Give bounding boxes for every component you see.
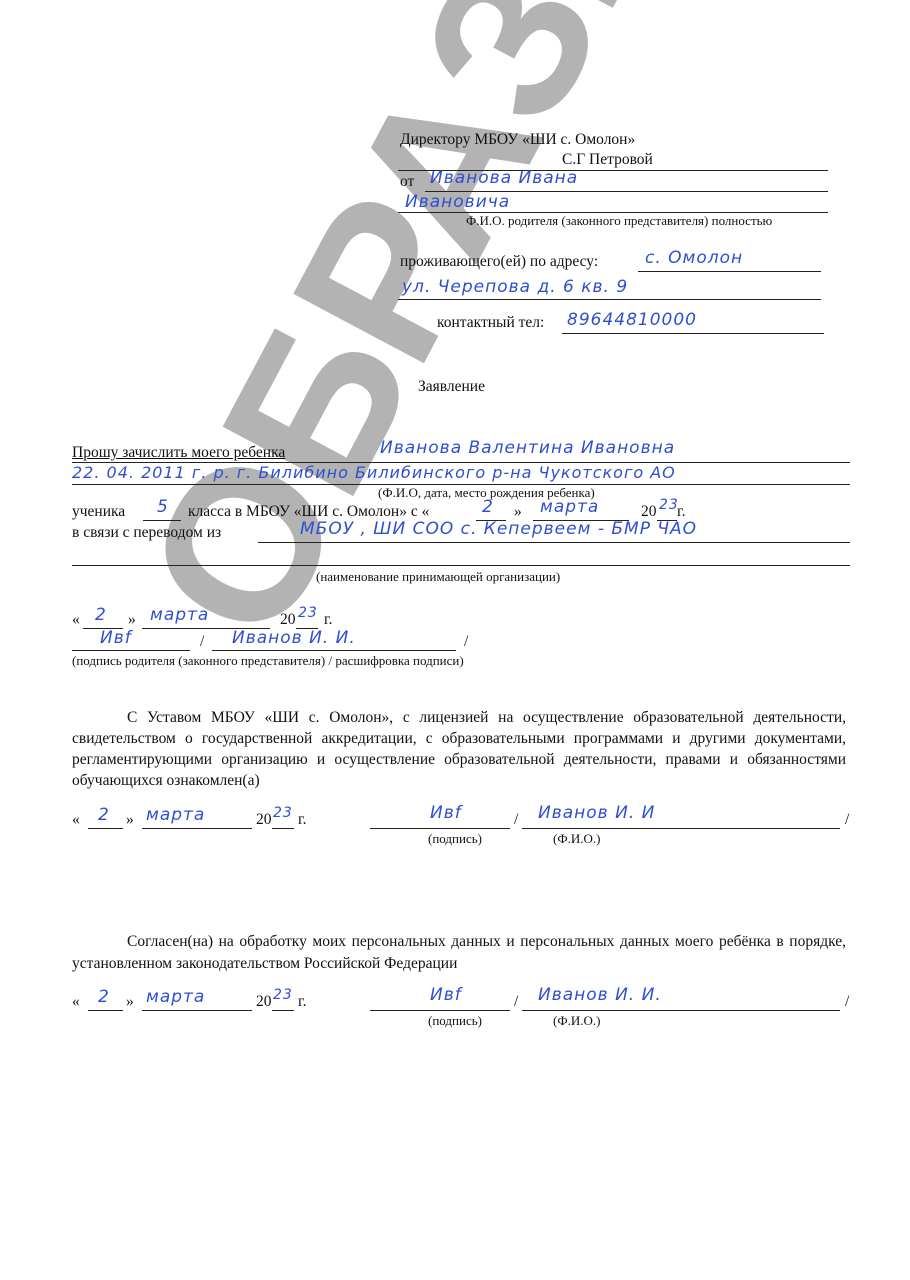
sign2-name[interactable]: Иванов И. И	[538, 803, 655, 823]
sign2-month[interactable]: марта	[146, 805, 205, 825]
from-value-line2[interactable]: Ивановича	[405, 192, 510, 212]
start-year[interactable]: 23	[659, 497, 679, 513]
grade-rule	[143, 520, 181, 521]
start-month[interactable]: марта	[540, 497, 599, 517]
transfer-rule-2	[72, 565, 850, 566]
sign2-name-caption: (Ф.И.О.)	[553, 831, 600, 846]
sign3-name[interactable]: Иванов И. И.	[538, 985, 662, 1005]
sign2-year[interactable]: 23	[273, 805, 293, 821]
sign1-end-slash: /	[464, 633, 468, 651]
sign3-year[interactable]: 23	[273, 987, 293, 1003]
phone-label: контактный тел:	[437, 314, 544, 332]
sign2-day-rule	[88, 828, 123, 829]
document-title: Заявление	[418, 378, 485, 396]
sign2-year-prefix: 20	[256, 811, 272, 829]
sign1-month[interactable]: марта	[150, 605, 209, 625]
transfer-value[interactable]: МБОУ , ШИ СОО с. Кепервеем - БМР ЧАО	[300, 519, 697, 539]
sign2-signature[interactable]: Ивf	[430, 803, 462, 823]
sign3-year-prefix: 20	[256, 993, 272, 1011]
phone-value[interactable]: 89644810000	[567, 310, 697, 330]
addressee-line2: С.Г Петровой	[562, 151, 653, 169]
sign2-day[interactable]: 2	[98, 805, 110, 825]
sign3-name-caption: (Ф.И.О.)	[553, 1013, 600, 1028]
sign1-day[interactable]: 2	[95, 605, 107, 625]
sign2-year-suffix: г.	[298, 811, 306, 829]
acknowledgement-text: С Уставом МБОУ «ШИ с. Омолон», с лицензи…	[72, 707, 846, 791]
sign2-open-quote: «	[72, 811, 80, 829]
from-caption: Ф.И.О. родителя (законного представителя…	[466, 213, 772, 228]
sign3-open-quote: «	[72, 993, 80, 1011]
org-caption: (наименование принимающей организации)	[316, 569, 560, 584]
sign3-slash: /	[514, 993, 518, 1011]
sign1-name-rule	[212, 650, 456, 651]
sign3-month[interactable]: марта	[146, 987, 205, 1007]
sign3-end-slash: /	[845, 993, 849, 1011]
transfer-label: в связи с переводом из	[72, 524, 221, 542]
sign2-end-slash: /	[845, 811, 849, 829]
sign1-caption: (подпись родителя (законного представите…	[72, 653, 464, 668]
sign3-year-rule	[272, 1010, 294, 1011]
sign3-close-quote: »	[126, 993, 134, 1011]
sign1-name[interactable]: Иванов И. И.	[232, 628, 356, 648]
consent-text: Согласен(на) на обработку моих персональ…	[72, 931, 846, 975]
address-label: проживающего(ей) по адресу:	[400, 253, 598, 271]
grade-value[interactable]: 5	[157, 497, 169, 517]
transfer-rule-1	[258, 542, 850, 543]
sign1-slash: /	[200, 633, 204, 651]
request-label: Прошу зачислить моего ребенка	[72, 444, 285, 462]
sign3-signature-rule	[370, 1010, 510, 1011]
sign2-close-quote: »	[126, 811, 134, 829]
sign1-open-quote: «	[72, 611, 80, 629]
address-value-line1[interactable]: с. Омолон	[645, 248, 743, 268]
sign3-name-rule	[522, 1010, 840, 1011]
sign3-month-rule	[142, 1010, 252, 1011]
addressee-line1: Директору МБОУ «ШИ с. Омолон»	[400, 131, 635, 149]
start-day[interactable]: 2	[482, 497, 494, 517]
sign1-year[interactable]: 23	[298, 605, 318, 621]
sign2-slash: /	[514, 811, 518, 829]
sign1-signature[interactable]: Ивf	[100, 628, 132, 648]
sign3-day[interactable]: 2	[98, 987, 110, 1007]
address-rule-1	[638, 271, 821, 272]
from-label: от	[400, 173, 414, 191]
child-birth[interactable]: 22. 04. 2011 г. р. г. Билибино Билибинск…	[72, 463, 676, 482]
sign3-signature[interactable]: Ивf	[430, 985, 462, 1005]
sign2-name-rule	[522, 828, 840, 829]
address-value-line2[interactable]: ул. Черепова д. 6 кв. 9	[402, 277, 628, 297]
phone-rule	[562, 333, 824, 334]
from-value-line1[interactable]: Иванова Ивана	[430, 168, 578, 188]
sign2-signature-rule	[370, 828, 510, 829]
pupil-label: ученика	[72, 503, 125, 521]
sign3-year-suffix: г.	[298, 993, 306, 1011]
sign1-close-quote: »	[128, 611, 136, 629]
sign1-year-suffix: г.	[324, 611, 332, 629]
child-name[interactable]: Иванова Валентина Ивановна	[380, 438, 675, 458]
sign2-sig-caption: (подпись)	[428, 831, 482, 846]
sign1-year-prefix: 20	[280, 611, 296, 629]
sign1-signature-rule	[72, 650, 190, 651]
sign3-day-rule	[88, 1010, 123, 1011]
sign2-month-rule	[142, 828, 252, 829]
sign2-year-rule	[272, 828, 294, 829]
address-rule-2	[398, 299, 821, 300]
sign3-sig-caption: (подпись)	[428, 1013, 482, 1028]
